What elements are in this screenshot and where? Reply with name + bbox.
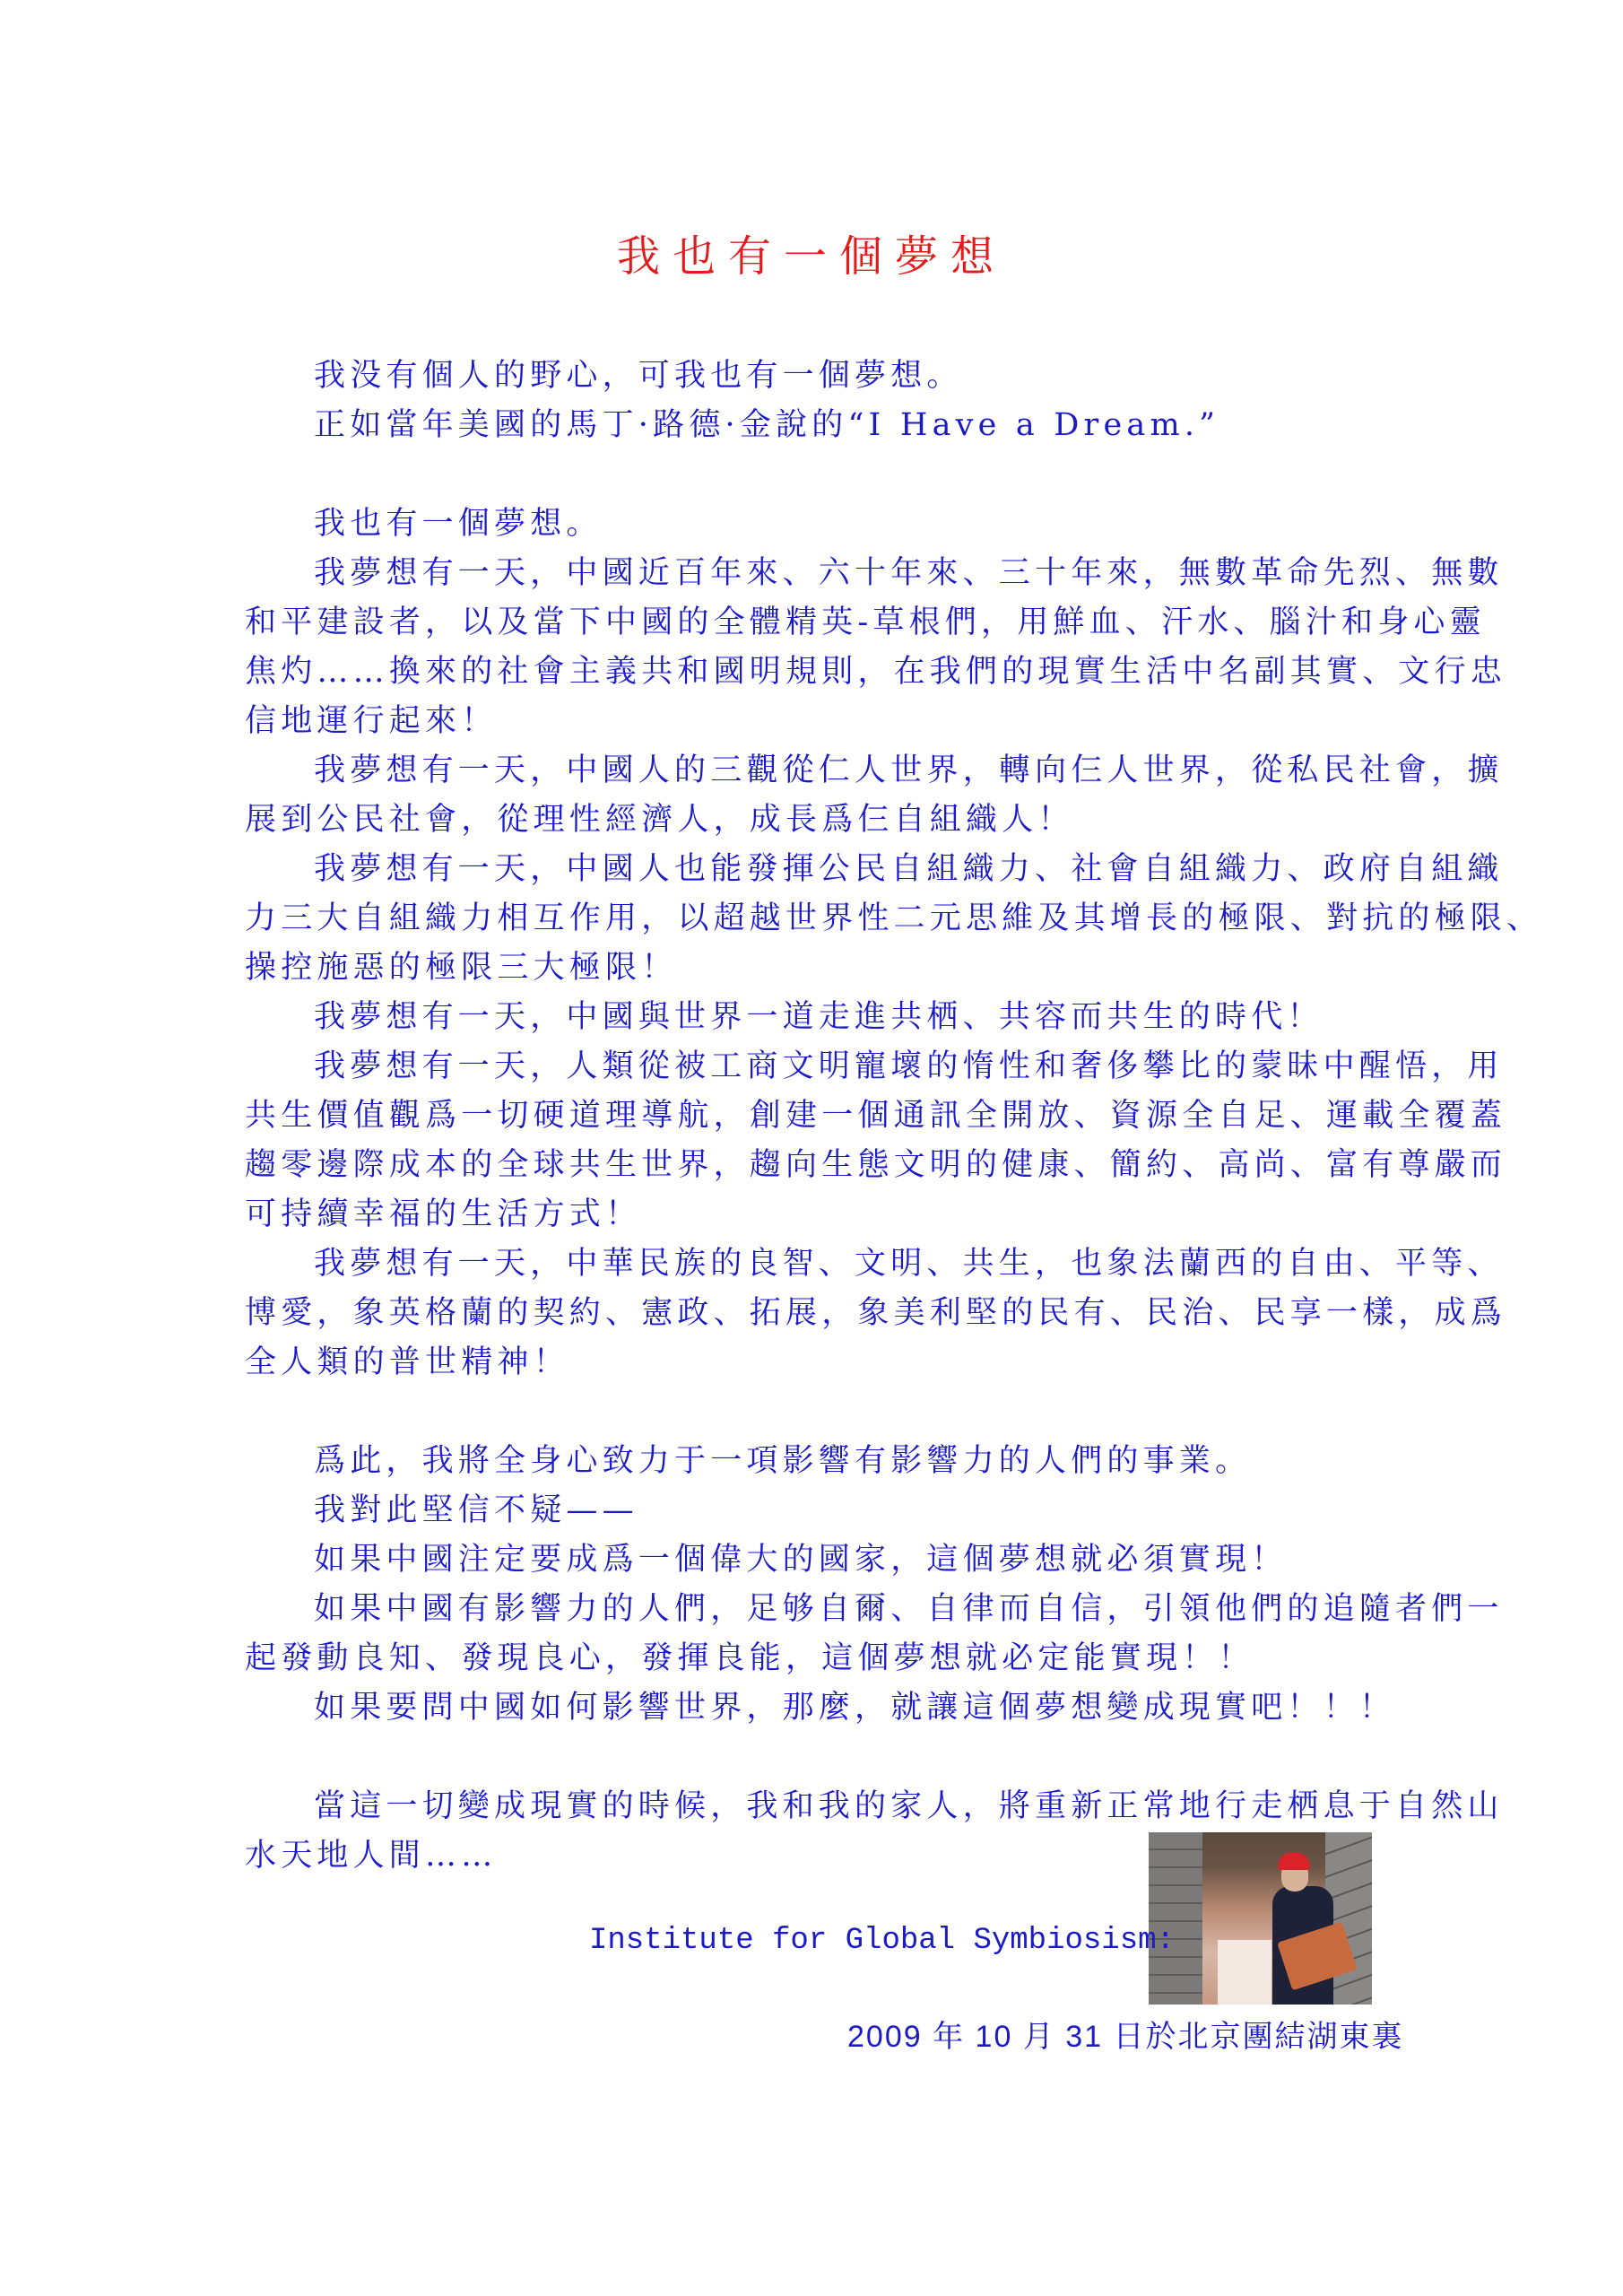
body-line: 我對此堅信不疑—— bbox=[314, 1490, 1384, 1531]
body-line: 共生價值觀爲一切硬道理導航，創建一個通訊全開放、資源全自足、運載全覆蓋 bbox=[245, 1095, 1384, 1136]
body-line: 展到公民社會，從理性經濟人，成長爲仨自組織人！ bbox=[245, 799, 1384, 840]
body-line: 力三大自組織力相互作用，以超越世界性二元思維及其增長的極限、對抗的極限、 bbox=[245, 898, 1384, 939]
body-line: 我夢想有一天，中國人的三觀從仁人世界，轉向仨人世界，從私民社會，擴 bbox=[314, 750, 1384, 791]
photo-window bbox=[1218, 1940, 1271, 2005]
signature-institute: Institute for Global Symbiosism: bbox=[589, 1920, 1175, 1961]
body-line: 焦灼……換來的社會主義共和國明規則，在我們的現實生活中名副其實、文行忠 bbox=[245, 651, 1384, 692]
document-page: 我也有一個夢想 我没有個人的野心，可我也有一個夢想。正如當年美國的馬丁·路德·金… bbox=[0, 0, 1623, 2296]
document-title: 我也有一個夢想 bbox=[0, 230, 1623, 283]
body-line: 正如當年美國的馬丁·路德·金說的“I Have a Dream.” bbox=[314, 404, 1384, 446]
body-line: 如果要問中國如何影響世界，那麼，就讓這個夢想變成現實吧！！！ bbox=[314, 1687, 1384, 1728]
body-line: 我夢想有一天，人類從被工商文明寵壞的惰性和奢侈攀比的蒙昧中醒悟，用 bbox=[314, 1046, 1384, 1087]
body-line: 我夢想有一天，中華民族的良智、文明、共生，也象法蘭西的自由、平等、 bbox=[314, 1243, 1384, 1284]
body-line: 可持續幸福的生活方式！ bbox=[245, 1194, 1384, 1235]
body-line: 我夢想有一天，中國與世界一道走進共栖、共容而共生的時代！ bbox=[314, 996, 1384, 1038]
author-photo bbox=[1149, 1832, 1372, 2005]
body-line: 我没有個人的野心，可我也有一個夢想。 bbox=[314, 355, 1384, 396]
signature-date-place: 2009 年 10 月 31 日於北京團結湖東裏 bbox=[847, 2016, 1404, 2057]
body-line: 趨零邊際成本的全球共生世界，趨向生態文明的健康、簡約、高尚、富有尊嚴而 bbox=[245, 1144, 1384, 1186]
body-line: 我夢想有一天，中國人也能發揮公民自組織力、社會自組織力、政府自組織 bbox=[314, 848, 1384, 890]
body-line: 信地運行起來！ bbox=[245, 700, 1384, 742]
body-line: 爲此，我將全身心致力于一項影響有影響力的人們的事業。 bbox=[314, 1440, 1384, 1482]
body-line: 我夢想有一天，中國近百年來、六十年來、三十年來，無數革命先烈、無數 bbox=[314, 552, 1384, 594]
body-line: 全人類的普世精神！ bbox=[245, 1342, 1384, 1383]
body-line: 如果中國注定要成爲一個偉大的國家，這個夢想就必須實現！ bbox=[314, 1539, 1384, 1580]
body-line: 如果中國有影響力的人們，足够自爾、自律而自信，引領他們的追隨者們一 bbox=[314, 1588, 1384, 1630]
body-line: 當這一切變成現實的時候，我和我的家人，將重新正常地行走栖息于自然山 bbox=[314, 1786, 1384, 1827]
body-line: 操控施惡的極限三大極限！ bbox=[245, 947, 1384, 988]
photo-wall-left bbox=[1149, 1832, 1202, 2005]
body-line: 和平建設者，以及當下中國的全體精英-草根們，用鮮血、汗水、腦汁和身心靈 bbox=[245, 602, 1384, 643]
body-line: 博愛，象英格蘭的契約、憲政、拓展，象美利堅的民有、民治、民享一樣，成爲 bbox=[245, 1292, 1384, 1334]
body-line: 我也有一個夢想。 bbox=[314, 503, 1384, 544]
hardhat-icon bbox=[1278, 1852, 1310, 1870]
body-line: 起發動良知、發現良心，發揮良能，這個夢想就必定能實現！！ bbox=[245, 1638, 1384, 1679]
